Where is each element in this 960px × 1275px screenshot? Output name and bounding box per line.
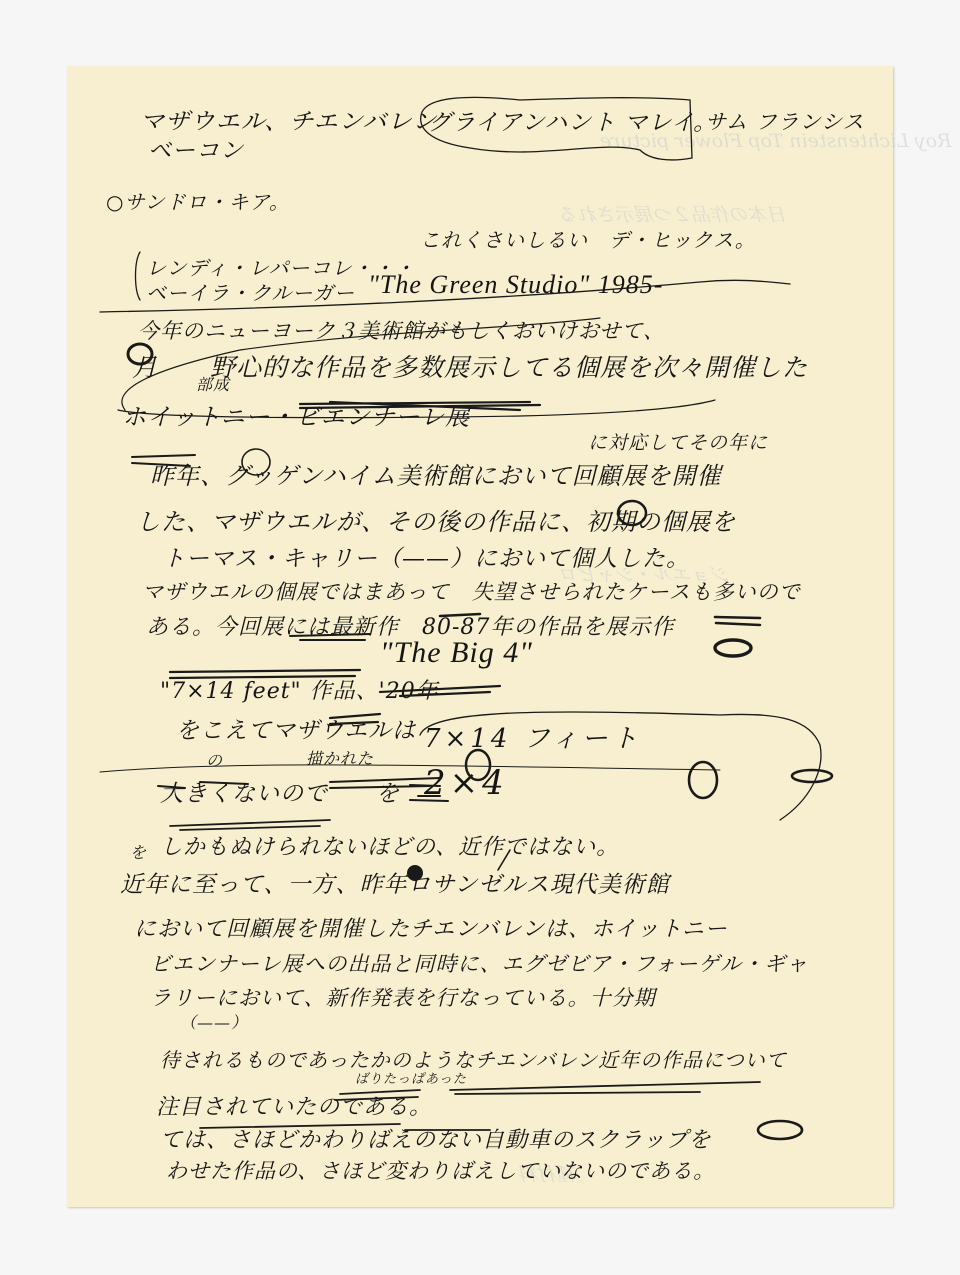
body-line: "7×14 feet" 作品、'20年 [160,674,439,705]
circled-name: グライアンハント マレイ。 [428,104,717,137]
body-line: ホイットニー・ビエンナーレ展 [122,397,470,432]
body-line: に対応してその年に [588,428,768,455]
body-line: ビエンナーレ展への出品と同時に、エグゼビア・フォーゲル・ギャ [150,948,808,978]
body-line: わせた作品の、さほど変わりばえしていないのである。 [166,1155,715,1185]
bleed-through-text: 日本の作品２つ展示される [560,200,788,227]
body-line: 近年に至って、一方、昨年ロサンゼルス現代美術館 [120,866,670,899]
body-line: しかもぬけられないほどの、近作ではない。 [160,830,619,861]
body-line: において回顧展を開催したチエンバレンは、ホイットニー [134,912,728,943]
body-dimension-2x4: 2×4 [424,763,508,803]
list-item-sandro-chia: ○サンドロ・キア。 [106,186,290,215]
body-line: 注目されていたのである。 [156,1090,432,1121]
body-line: 今年のニューヨーク３美術館がもしくおいけおせて、 [138,315,665,345]
body-line: した、マザウエルが、その後の作品に、初期の個展を [136,502,736,537]
aside-note: これくさいしるい デ・ヒックス。 [420,224,756,253]
body-line: 月 野心的な作品を多数展示してる個展を次々開催した [132,348,808,384]
exhibition-title: "The Green Studio" 1985- [368,270,663,300]
header-right-name: サム フランシス [705,106,864,136]
body-line: ては、さほどかわりばえのない自動車のスクラップを [160,1123,712,1154]
body-line: 大きくないので を [160,775,400,808]
bracket-item-2: ベーイラ・クルーガー [146,277,355,306]
body-line: トーマス・キャリー（——）において個人した。 [162,540,690,573]
body-insert: ばりたっぱあった [355,1068,467,1087]
body-insert: を [130,840,147,863]
body-line: マザウエルの個展ではまあって 失望させられたケースも多いので [142,576,801,606]
body-line: 待されるものであったかのようなチエンバレン近年の作品について [160,1044,787,1073]
body-insert: 描かれた [306,746,374,769]
body-insert: 部成 [196,372,230,395]
body-insert: （——） [180,1010,248,1033]
body-insert: の [206,748,223,771]
body-line: 昨年、グッゲンハイム美術館において回顧展を開催 [150,456,722,491]
body-line: ラリーにおいて、新作発表を行なっている。十分期 [150,982,656,1012]
body-line: をこえてマザウエルは [176,712,416,745]
body-big4: "The Big 4" [380,636,533,670]
header-second-line: ベーコン [148,132,244,165]
body-dimension-7x14: 7×14 フィート [424,718,642,755]
